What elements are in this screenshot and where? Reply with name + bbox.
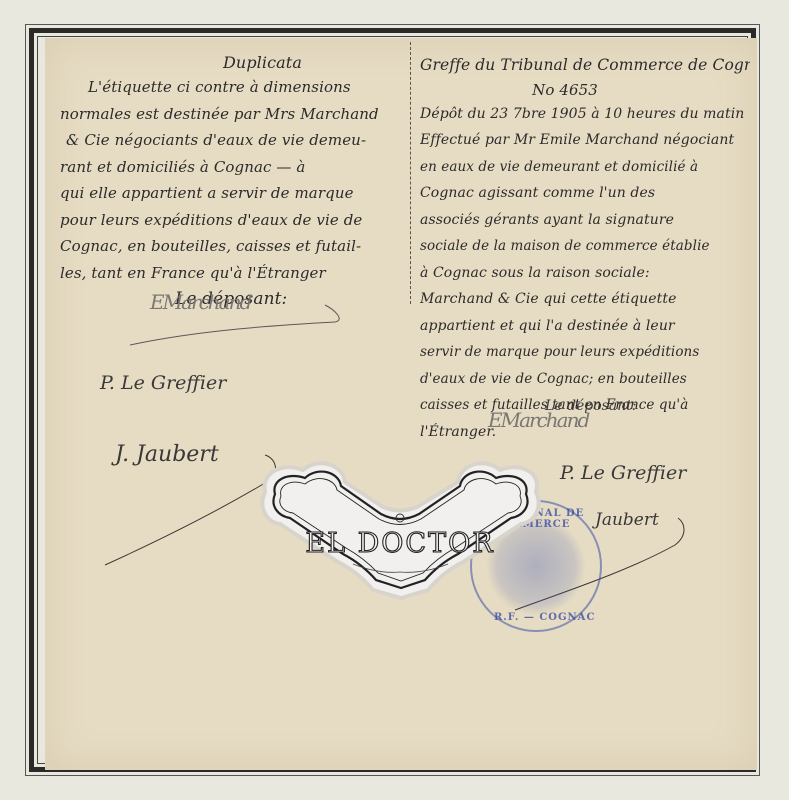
right-column: Greffe du Tribunal de Commerce de Cognac… [420, 52, 750, 445]
text-line: associés gérants ayant la signature [420, 207, 750, 234]
duplicata-heading: Duplicata [60, 52, 405, 74]
text-line: & Cie négociants d'eaux de vie demeu- [60, 127, 405, 154]
text-line: à Cognac sous la raison sociale: [420, 260, 750, 287]
text-line: en eaux de vie demeurant et domicilié à [420, 154, 750, 181]
column-divider [410, 42, 411, 304]
signature-flourish [120, 300, 350, 350]
text-line: normales est destinée par Mrs Marchand [60, 101, 405, 128]
left-column: Duplicata L'étiquette ci contre à dimens… [60, 52, 405, 313]
text-line: les, tant en France qu'à l'Étranger [60, 260, 405, 287]
text-line: rant et domiciliés à Cognac — à [60, 154, 405, 181]
text-line: d'eaux de vie de Cognac; en bouteilles [420, 366, 750, 393]
clerk-title-right: P. Le Greffier [560, 462, 686, 484]
text-line: Cognac, en bouteilles, caisses et futail… [60, 233, 405, 260]
clerk-title-left: P. Le Greffier [100, 372, 226, 394]
text-line: sociale de la maison de commerce établie [420, 233, 750, 260]
text-line: appartient et qui l'a destinée à leur [420, 313, 750, 340]
stamp-text-bottom: R.F. — COGNAC [494, 612, 595, 623]
registry-number: No 4653 [420, 79, 750, 101]
text-line: L'étiquette ci contre à dimensions [60, 74, 405, 101]
text-line: Cognac agissant comme l'un des [420, 180, 750, 207]
text-line: qui elle appartient a servir de marque [60, 180, 405, 207]
text-line: Dépôt du 23 7bre 1905 à 10 heures du mat… [420, 101, 750, 128]
label-text: EL DOCTOR [305, 528, 494, 559]
text-line: Marchand & Cie qui cette étiquette [420, 286, 750, 313]
el-doctor-label: EL DOCTOR [253, 452, 548, 602]
depositor-signature-right: EMarchand [488, 408, 588, 432]
text-line: pour leurs expéditions d'eaux de vie de [60, 207, 405, 234]
text-line: Effectué par Mr Emile Marchand négociant [420, 127, 750, 154]
registry-heading: Greffe du Tribunal de Commerce de Cognac… [420, 52, 750, 79]
text-line: servir de marque pour leurs expéditions [420, 339, 750, 366]
